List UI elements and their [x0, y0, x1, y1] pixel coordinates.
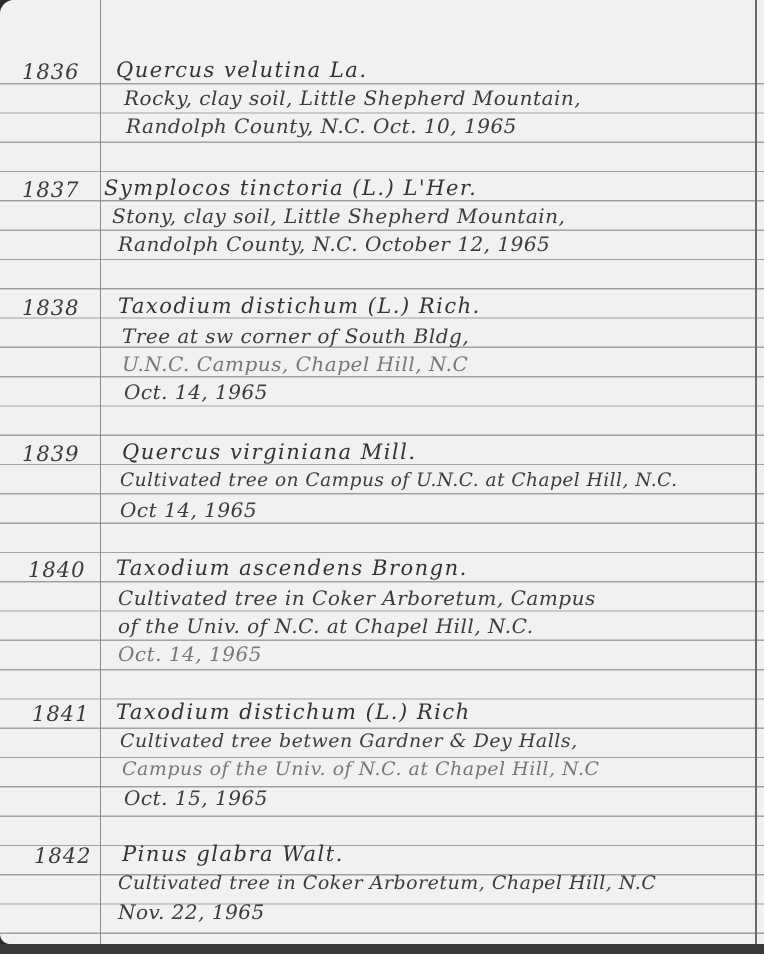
collection-date: Nov. 22, 1965	[118, 900, 265, 924]
locality-line: Cultivated tree on Campus of U.N.C. at C…	[120, 470, 678, 491]
species-name: Quercus virginiana Mill.	[122, 440, 417, 464]
species-name: Quercus velutina La.	[116, 58, 368, 82]
species-name: Taxodium ascendens Brongn.	[116, 556, 468, 580]
locality-line: Cultivated tree betwen Gardner & Dey Hal…	[120, 730, 578, 752]
entry-number: 1838	[22, 296, 98, 320]
locality-line: Tree at sw corner of South Bldg,	[122, 324, 469, 348]
locality-line: Randolph County, N.C. Oct. 10, 1965	[126, 114, 517, 138]
species-name: Taxodium distichum (L.) Rich.	[118, 294, 481, 318]
locality-line: Randolph County, N.C. October 12, 1965	[118, 232, 550, 256]
locality-line: of the Univ. of N.C. at Chapel Hill, N.C…	[118, 614, 534, 638]
entry-number: 1840	[28, 558, 104, 582]
species-name: Taxodium distichum (L.) Rich	[116, 700, 471, 724]
collection-date: Oct. 15, 1965	[124, 786, 268, 810]
entry-number: 1842	[34, 844, 110, 868]
species-name: Symplocos tinctoria (L.) L'Her.	[104, 176, 477, 200]
entry-number: 1841	[32, 702, 108, 726]
locality-line: Stony, clay soil, Little Shepherd Mounta…	[112, 204, 565, 228]
page-edge-rule	[755, 0, 757, 944]
ledger-page: 1836 Quercus velutina La. Rocky, clay so…	[0, 0, 764, 944]
locality-line: U.N.C. Campus, Chapel Hill, N.C	[122, 352, 468, 376]
collection-date: Oct. 14, 1965	[124, 380, 268, 404]
entry-number: 1836	[22, 60, 98, 84]
entry-number: 1839	[22, 442, 98, 466]
locality-line: Campus of the Univ. of N.C. at Chapel Hi…	[122, 758, 600, 780]
locality-line: Rocky, clay soil, Little Shepherd Mounta…	[124, 86, 581, 110]
margin-rule	[100, 0, 101, 944]
species-name: Pinus glabra Walt.	[122, 842, 344, 866]
collection-date: Oct. 14, 1965	[118, 642, 262, 666]
collection-date: Oct 14, 1965	[120, 498, 257, 522]
locality-line: Cultivated tree in Coker Arboretum, Camp…	[118, 586, 596, 610]
scan-background	[0, 944, 764, 954]
locality-line: Cultivated tree in Coker Arboretum, Chap…	[118, 872, 656, 894]
entry-number: 1837	[22, 178, 98, 202]
